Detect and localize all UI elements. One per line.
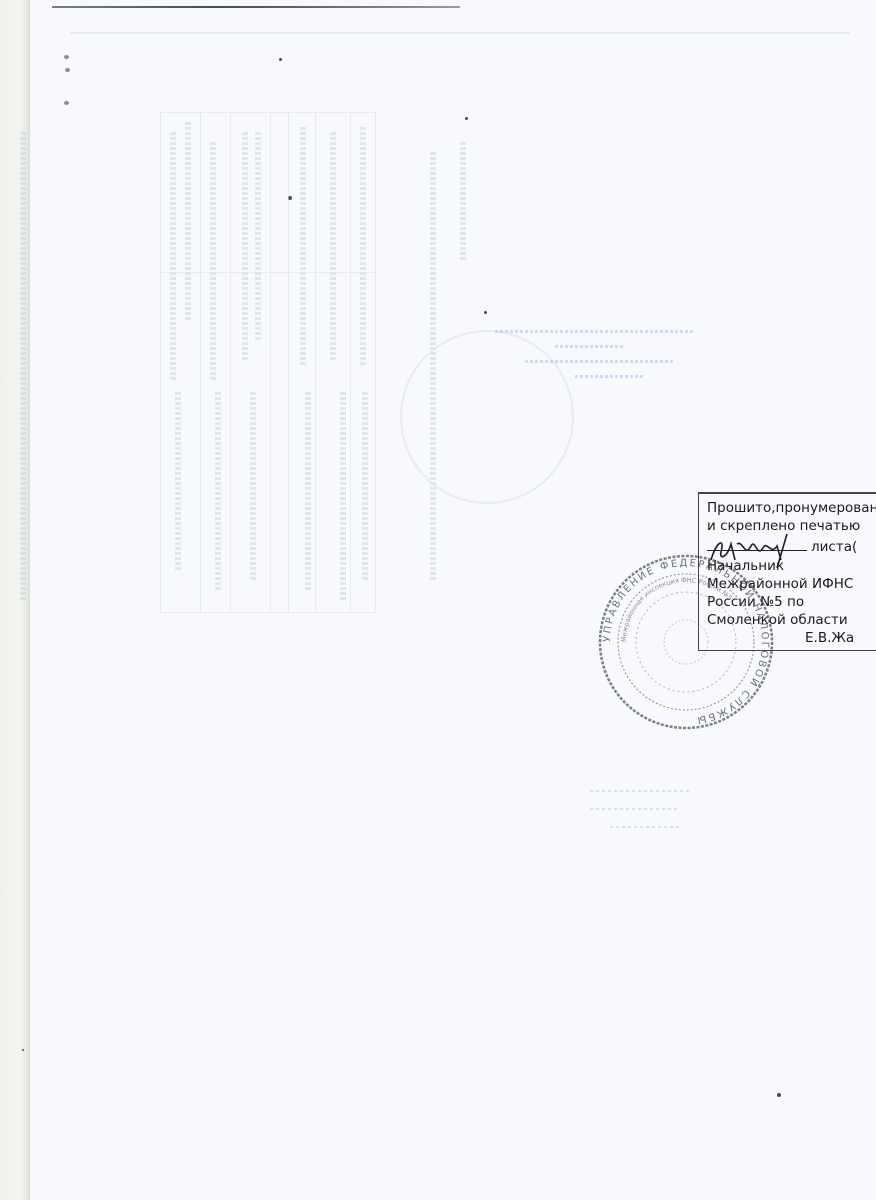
top-rule bbox=[52, 6, 460, 8]
show-through-handwriting bbox=[590, 790, 700, 844]
position-line-2: Межрайонной ИФНС bbox=[707, 576, 853, 592]
speck bbox=[484, 311, 487, 314]
position-line-4: Смоленкой области bbox=[707, 612, 848, 628]
faint-rule bbox=[70, 32, 850, 34]
show-through-handwriting bbox=[495, 330, 705, 390]
speck bbox=[279, 58, 282, 61]
certification-stamp: Прошито,пронумерован и скреплено печатью… bbox=[698, 492, 876, 651]
position-line-1: Начальник bbox=[707, 558, 784, 574]
show-through-table bbox=[100, 112, 375, 612]
signatory-name: Е.В.Жа bbox=[805, 630, 854, 646]
punch-hole-mark bbox=[64, 101, 69, 105]
punch-hole-mark bbox=[64, 55, 69, 59]
punch-hole-mark bbox=[65, 68, 70, 72]
cert-line-1: Прошито,пронумерован bbox=[707, 500, 876, 516]
position-line-3: России №5 по bbox=[707, 594, 804, 610]
speck bbox=[777, 1093, 781, 1097]
sheets-label: листа( bbox=[811, 539, 857, 555]
speck bbox=[22, 1049, 24, 1051]
speck bbox=[465, 117, 468, 120]
